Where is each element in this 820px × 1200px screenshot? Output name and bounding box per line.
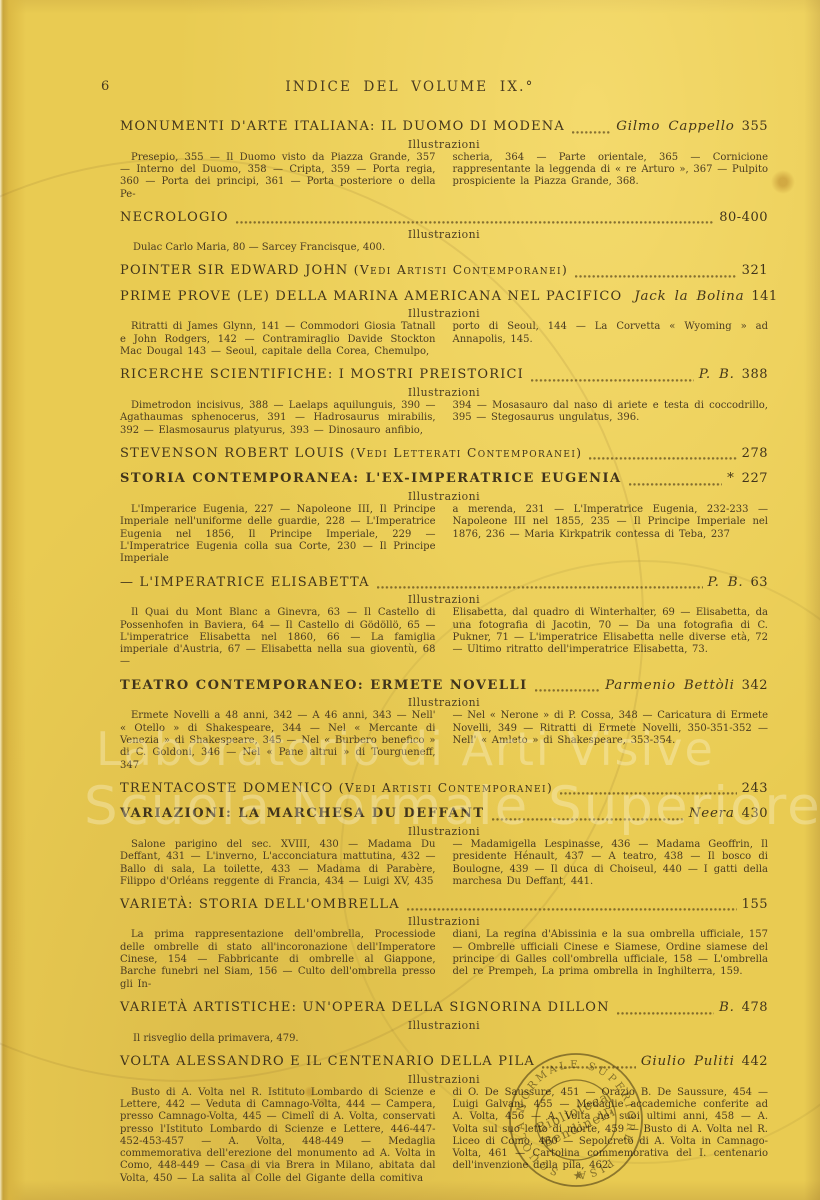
illustrations-block: Illustrazioni La prima rappresentazione …	[120, 915, 768, 990]
entry-page-number: 355	[742, 119, 768, 135]
illustrations-columns: Ritratti di James Glynn, 141 — Commodori…	[120, 321, 768, 358]
dotted-leader	[560, 788, 737, 795]
illustrations-text-left: Dimetrodon incisivus, 388 — Laelaps aqui…	[120, 400, 436, 437]
entry-page-number: 243	[742, 781, 768, 797]
entry-heading-row: MONUMENTI D'ARTE ITALIANA: IL DUOMO DI M…	[120, 119, 768, 136]
dotted-leader	[575, 271, 737, 278]
entry-title: STORIA CONTEMPORANEA: L'EX-IMPERATRICE E…	[120, 471, 622, 487]
illustrations-text-right: diani, La regina d'Abissinia e la sua om…	[453, 929, 769, 990]
illustrations-block: Illustrazioni Ritratti di James Glynn, 1…	[120, 307, 768, 358]
entry-cross-reference: (Vedi Artisti Contemporanei)	[333, 781, 553, 796]
entry-title: TRENTACOSTE DOMENICO	[120, 781, 333, 797]
dotted-leader	[617, 1008, 714, 1015]
illustrations-block: Illustrazioni Busto di A. Volta nel R. I…	[120, 1073, 768, 1185]
index-entry: TRENTACOSTE DOMENICO (Vedi Artisti Conte…	[120, 781, 768, 797]
entry-author: Gilmo Cappello	[616, 119, 734, 136]
entry-heading-row: PRIME PROVE (LE) DELLA MARINA AMERICANA …	[120, 289, 768, 306]
entry-author: Giulio Puliti	[641, 1054, 735, 1071]
illustrazioni-label: Illustrazioni	[120, 307, 768, 320]
illustrations-block: Illustrazioni L'Imperarice Eugenia, 227 …	[120, 490, 768, 565]
illustrations-text-right: Elisabetta, dal quadro di Winterhalter, …	[453, 607, 769, 668]
entry-heading-row: STORIA CONTEMPORANEA: L'EX-IMPERATRICE E…	[120, 471, 768, 488]
index-entry: RICERCHE SCIENTIFICHE: I MOSTRI PREISTOR…	[120, 367, 768, 437]
running-head: INDICE DEL VOLUME IX.°	[0, 79, 820, 95]
index-entry: MONUMENTI D'ARTE ITALIANA: IL DUOMO DI M…	[120, 119, 768, 201]
illustrations-text-right: scheria, 364 — Parte orientale, 365 — Co…	[453, 152, 769, 201]
illustrazioni-label: Illustrazioni	[120, 1073, 768, 1086]
dotted-leader	[629, 479, 723, 486]
entry-author: Jack la Bolina	[634, 289, 744, 306]
entry-page-number: 478	[742, 1000, 768, 1016]
dotted-leader	[492, 814, 684, 821]
illustrazioni-label: Illustrazioni	[120, 696, 768, 709]
entry-title: — L'IMPERATRICE ELISABETTA	[120, 575, 370, 591]
illustrations-text-left: L'Imperarice Eugenia, 227 — Napoleone II…	[120, 504, 436, 565]
stamp-star-icon: ★	[572, 1168, 585, 1183]
index-entry: — L'IMPERATRICE ELISABETTA P. B. 63 Illu…	[120, 575, 768, 669]
entry-author: B.	[719, 1000, 735, 1017]
illustrations-text-right: — Nel « Nerone » di P. Cossa, 348 — Cari…	[453, 710, 769, 771]
entry-heading-row: — L'IMPERATRICE ELISABETTA P. B. 63	[120, 575, 768, 592]
entry-author: P. B.	[708, 575, 744, 592]
illustrations-block: Illustrazioni Salone parigino del sec. X…	[120, 825, 768, 888]
illustrations-columns: Busto di A. Volta nel R. Istituto Lombar…	[120, 1087, 768, 1185]
entry-heading-row: RICERCHE SCIENTIFICHE: I MOSTRI PREISTOR…	[120, 367, 768, 384]
entry-page-number: 442	[742, 1054, 768, 1070]
entry-heading-row: TEATRO CONTEMPORANEO: ERMETE NOVELLI Par…	[120, 678, 768, 695]
entry-page-number: 227	[742, 471, 768, 487]
entry-page-number: 155	[742, 897, 768, 913]
entry-page-number: 388	[742, 367, 768, 383]
illustrations-text-left: Salone parigino del sec. XVIII, 430 — Ma…	[120, 839, 436, 888]
entry-author: *	[727, 471, 735, 488]
entry-page-number: 321	[742, 263, 768, 279]
dotted-leader	[407, 904, 737, 911]
illustrazioni-label: Illustrazioni	[120, 915, 768, 928]
index-list: MONUMENTI D'ARTE ITALIANA: IL DUOMO DI M…	[120, 110, 768, 1185]
index-entry: VARIETÀ ARTISTICHE: UN'OPERA DELLA SIGNO…	[120, 1000, 768, 1045]
illustrations-text-right: porto di Seoul, 144 — La Corvetta « Wyom…	[453, 321, 769, 358]
illustrazioni-label: Illustrazioni	[120, 228, 768, 241]
illustrations-text-right: — Madamigella Lespinasse, 436 — Madama G…	[453, 839, 769, 888]
entry-heading-row: VARIETÀ ARTISTICHE: UN'OPERA DELLA SIGNO…	[120, 1000, 768, 1017]
entry-heading-row: VOLTA ALESSANDRO E IL CENTENARIO DELLA P…	[120, 1054, 768, 1071]
index-entry: POINTER SIR EDWARD JOHN (Vedi Artisti Co…	[120, 263, 768, 279]
index-entry: VOLTA ALESSANDRO E IL CENTENARIO DELLA P…	[120, 1054, 768, 1185]
illustrations-columns: L'Imperarice Eugenia, 227 — Napoleone II…	[120, 504, 768, 565]
illustrations-text-left: La prima rappresentazione dell'ombrella,…	[120, 929, 436, 990]
illustrazioni-label: Illustrazioni	[120, 593, 768, 606]
entry-title: TEATRO CONTEMPORANEO: ERMETE NOVELLI	[120, 678, 528, 694]
illustrazioni-label: Illustrazioni	[120, 138, 768, 151]
index-entry: NECROLOGIO 80-400 Illustrazioni Dulac Ca…	[120, 210, 768, 255]
entry-page-number: 80-400	[719, 210, 768, 226]
entry-title: MONUMENTI D'ARTE ITALIANA: IL DUOMO DI M…	[120, 119, 565, 135]
dotted-leader	[589, 453, 736, 460]
scanned-page: 6 INDICE DEL VOLUME IX.° MONUMENTI D'ART…	[0, 0, 820, 1200]
illustrazioni-label: Illustrazioni	[120, 825, 768, 838]
entry-title: VOLTA ALESSANDRO E IL CENTENARIO DELLA P…	[120, 1054, 535, 1070]
illustrazioni-label: Illustrazioni	[120, 1019, 768, 1032]
illustrations-block: Illustrazioni Dimetrodon incisivus, 388 …	[120, 386, 768, 437]
entry-title: VARIETÀ: STORIA DELL'OMBRELLA	[120, 897, 400, 913]
entry-page-number: 342	[742, 678, 768, 694]
dotted-leader	[572, 127, 611, 134]
illustrations-text-left: Ritratti di James Glynn, 141 — Commodori…	[120, 321, 436, 358]
entry-page-number: 141	[751, 289, 777, 305]
index-entry: PRIME PROVE (LE) DELLA MARINA AMERICANA …	[120, 289, 768, 359]
illustrations-text-left: Il Quai du Mont Blanc a Ginevra, 63 — Il…	[120, 607, 436, 668]
illustrations-block: Illustrazioni Dulac Carlo Maria, 80 — Sa…	[120, 228, 768, 254]
entry-heading-row: VARIAZIONI: LA MARCHESA DU DEFFANT Neera…	[120, 806, 768, 823]
entry-title: RICERCHE SCIENTIFICHE: I MOSTRI PREISTOR…	[120, 367, 524, 383]
illustrations-block: Illustrazioni Il risveglio della primave…	[120, 1019, 768, 1045]
entry-cross-reference: (Vedi Artisti Contemporanei)	[349, 263, 569, 278]
illustrazioni-label: Illustrazioni	[120, 490, 768, 503]
entry-title: POINTER SIR EDWARD JOHN	[120, 263, 349, 279]
index-entry: STORIA CONTEMPORANEA: L'EX-IMPERATRICE E…	[120, 471, 768, 565]
entry-page-number: 278	[742, 446, 768, 462]
illustrations-block: Illustrazioni Presepio, 355 — Il Duomo v…	[120, 138, 768, 201]
illustrations-columns: Ermete Novelli a 48 anni, 342 — A 46 ann…	[120, 710, 768, 771]
illustrations-columns: Presepio, 355 — Il Duomo visto da Piazza…	[120, 152, 768, 201]
entry-author: P. B.	[699, 367, 735, 384]
illustrations-text-left: Ermete Novelli a 48 anni, 342 — A 46 ann…	[120, 710, 436, 771]
dotted-leader	[377, 582, 703, 589]
entry-author: Neera	[689, 806, 735, 823]
dotted-leader	[236, 217, 715, 224]
entry-heading-row: VARIETÀ: STORIA DELL'OMBRELLA 155	[120, 897, 768, 913]
illustrations-columns: Salone parigino del sec. XVIII, 430 — Ma…	[120, 839, 768, 888]
dotted-leader	[531, 375, 694, 382]
illustrations-text-left: Busto di A. Volta nel R. Istituto Lombar…	[120, 1087, 436, 1185]
entry-title: NECROLOGIO	[120, 210, 229, 226]
illustrations-text: Il risveglio della primavera, 479.	[120, 1033, 768, 1045]
index-entry: VARIAZIONI: LA MARCHESA DU DEFFANT Neera…	[120, 806, 768, 888]
entry-heading-row: NECROLOGIO 80-400	[120, 210, 768, 226]
entry-title: PRIME PROVE (LE) DELLA MARINA AMERICANA …	[120, 289, 622, 305]
entry-page-number: 430	[742, 806, 768, 822]
entry-heading-row: POINTER SIR EDWARD JOHN (Vedi Artisti Co…	[120, 263, 768, 279]
illustrations-text-right: a merenda, 231 — L'Imperatrice Eugenia, …	[453, 504, 769, 565]
illustrations-text-right: 394 — Mosasauro dal naso di ariete e tes…	[453, 400, 769, 437]
illustrations-text-left: Presepio, 355 — Il Duomo visto da Piazza…	[120, 152, 436, 201]
index-entry: STEVENSON ROBERT LOUIS (Vedi Letterati C…	[120, 446, 768, 462]
entry-cross-reference: (Vedi Letterati Contemporanei)	[345, 446, 583, 461]
entry-author: Parmenio Bettòli	[605, 678, 735, 695]
entry-title: STEVENSON ROBERT LOUIS	[120, 446, 345, 462]
illustrations-columns: Il Quai du Mont Blanc a Ginevra, 63 — Il…	[120, 607, 768, 668]
illustrations-text: Dulac Carlo Maria, 80 — Sarcey Francisqu…	[120, 242, 768, 254]
illustrations-block: Illustrazioni Ermete Novelli a 48 anni, …	[120, 696, 768, 771]
entry-title: VARIAZIONI: LA MARCHESA DU DEFFANT	[120, 806, 485, 822]
entry-heading-row: TRENTACOSTE DOMENICO (Vedi Artisti Conte…	[120, 781, 768, 797]
index-entry: TEATRO CONTEMPORANEO: ERMETE NOVELLI Par…	[120, 678, 768, 772]
entry-heading-row: STEVENSON ROBERT LOUIS (Vedi Letterati C…	[120, 446, 768, 462]
illustrazioni-label: Illustrazioni	[120, 386, 768, 399]
entry-title: VARIETÀ ARTISTICHE: UN'OPERA DELLA SIGNO…	[120, 1000, 610, 1016]
library-stamp: SCUOLA NORMALE SUPERIORE - PISA ★ Biblio…	[503, 1048, 653, 1200]
dotted-leader	[535, 685, 600, 692]
illustrations-columns: Dimetrodon incisivus, 388 — Laelaps aqui…	[120, 400, 768, 437]
illustrations-block: Illustrazioni Il Quai du Mont Blanc a Gi…	[120, 593, 768, 668]
illustrations-columns: La prima rappresentazione dell'ombrella,…	[120, 929, 768, 990]
entry-page-number: 63	[750, 575, 768, 591]
index-entry: VARIETÀ: STORIA DELL'OMBRELLA 155 Illust…	[120, 897, 768, 991]
